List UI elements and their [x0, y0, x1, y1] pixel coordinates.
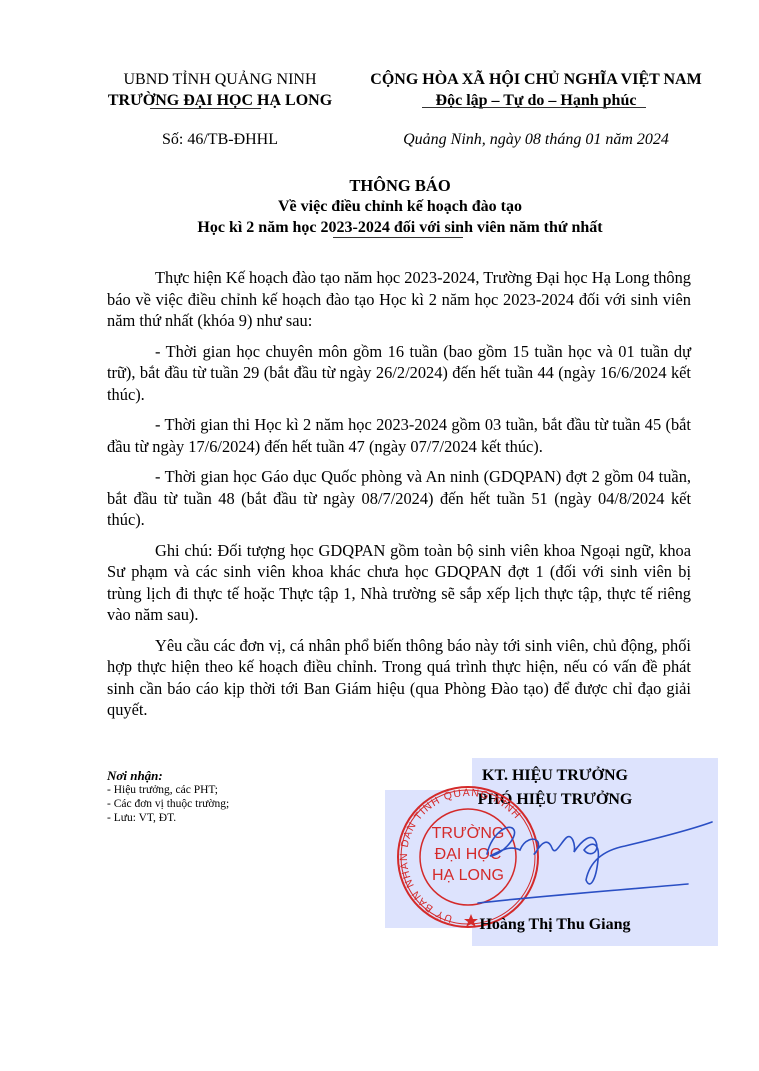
signatory-name: Hoàng Thị Thu Giang	[420, 916, 690, 934]
handwritten-signature-icon	[478, 822, 712, 903]
stamp-center-line3: HẠ LONG	[432, 867, 504, 884]
stamp-and-signature: UỶ BAN NHÂN DÂN TỈNH QUẢNG NINH TRƯỜNG Đ…	[0, 0, 759, 1071]
